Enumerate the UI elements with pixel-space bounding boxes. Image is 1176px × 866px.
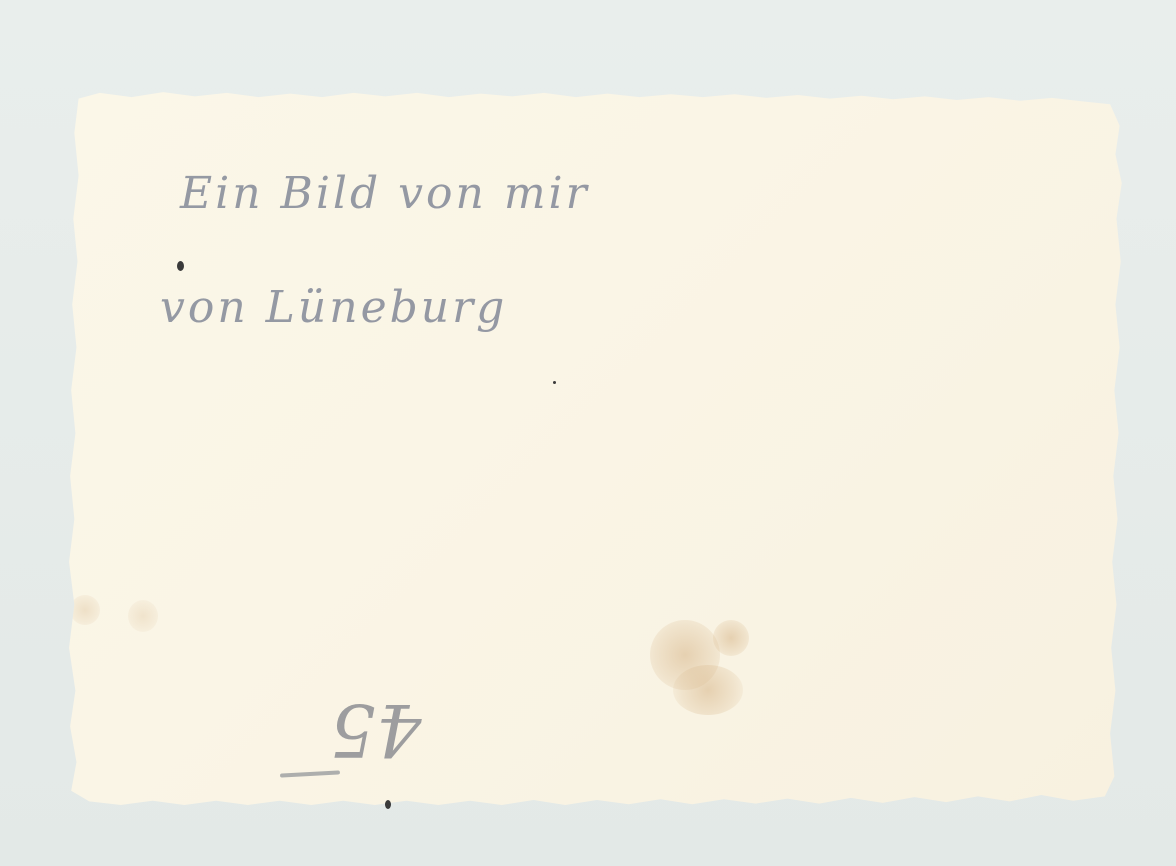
inscription-line-2: von Lüneburg (160, 282, 507, 333)
stain-tail (673, 665, 743, 715)
stain-dot (713, 620, 749, 656)
ink-speck (385, 800, 391, 809)
ink-speck (553, 381, 556, 384)
ink-speck (177, 261, 184, 271)
inscription-line-1: Ein Bild von mir (180, 168, 590, 219)
stain-left-2 (128, 600, 158, 632)
stain-left-1 (70, 595, 100, 625)
number-mark: 45 (330, 688, 422, 772)
